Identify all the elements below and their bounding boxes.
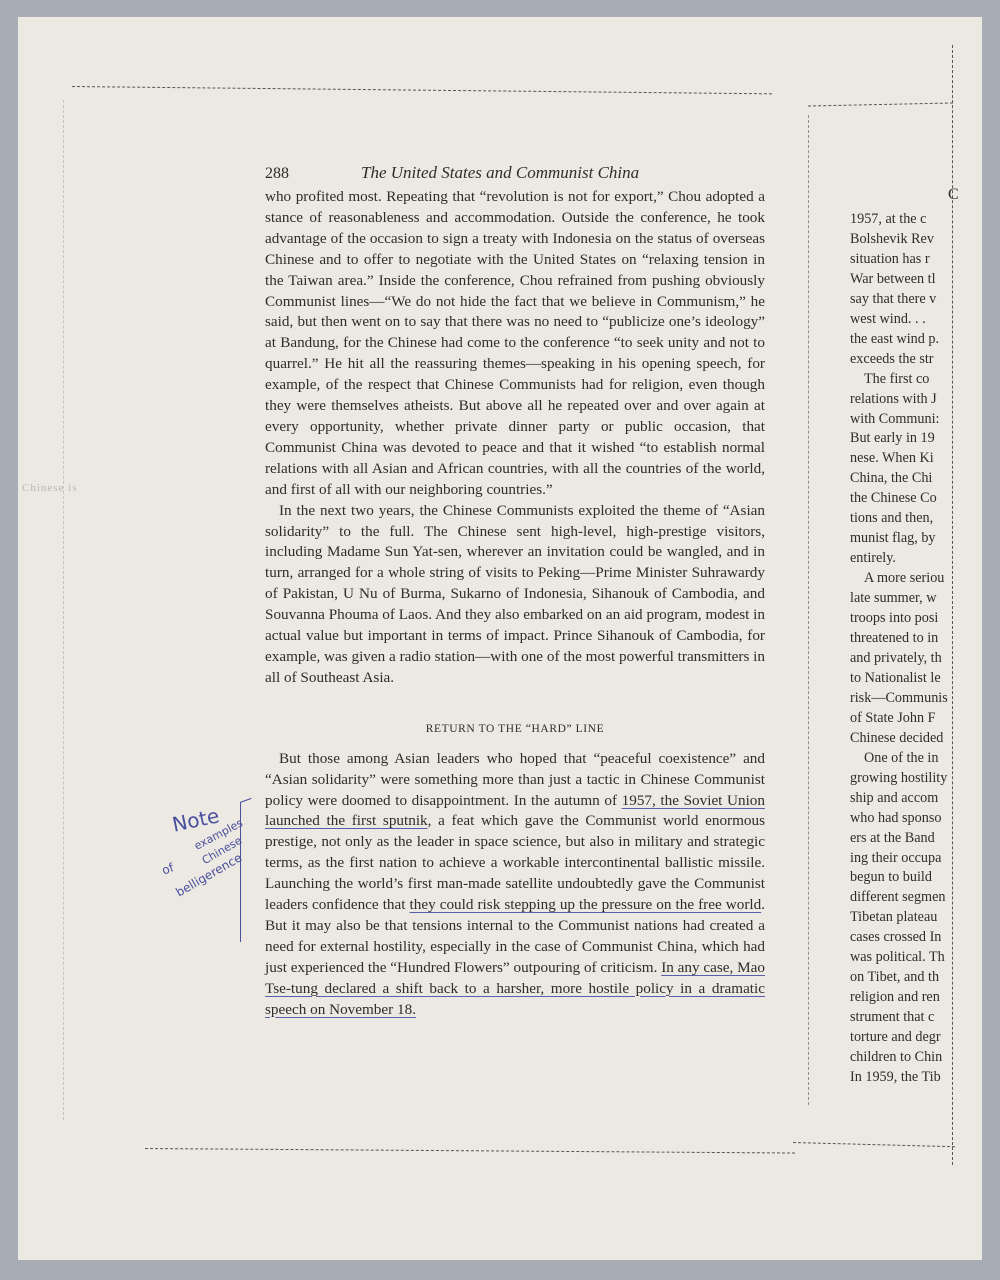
adjacent-line: the Chinese Co <box>850 489 958 509</box>
adjacent-line: with Communi: <box>850 410 958 430</box>
adjacent-line: west wind. . . <box>850 310 958 330</box>
adjacent-line: Tibetan plateau <box>850 908 958 928</box>
adjacent-line: cases crossed In <box>850 928 958 948</box>
adjacent-line: ship and accom <box>850 789 958 809</box>
adjacent-line: and privately, th <box>850 649 958 669</box>
adjacent-line: on Tibet, and th <box>850 968 958 988</box>
adjacent-line: One of the in <box>850 749 958 769</box>
adjacent-line: A more seriou <box>850 569 958 589</box>
adjacent-line: threatened to in <box>850 629 958 649</box>
paragraph-3: But those among Asian leaders who hoped … <box>265 749 765 1021</box>
adjacent-line: munist flag, by <box>850 529 958 549</box>
section-heading: RETURN TO THE “HARD” LINE <box>265 723 765 735</box>
paragraph-1: who profited most. Repeating that “revol… <box>265 187 765 501</box>
handwritten-note: Note examples Chinese of belligerence <box>162 808 252 928</box>
page-number: 288 <box>265 165 361 183</box>
adjacent-line: torture and degr <box>850 1028 958 1048</box>
adjacent-line: children to Chin <box>850 1048 958 1068</box>
adjacent-line: growing hostility <box>850 769 958 789</box>
adjacent-line: situation has r <box>850 250 958 270</box>
adjacent-line: But early in 19 <box>850 429 958 449</box>
adjacent-line: strument that c <box>850 1008 958 1028</box>
adjacent-line: relations with J <box>850 390 958 410</box>
main-text-column: 288 The United States and Communist Chin… <box>265 163 765 1021</box>
adjacent-line: exceeds the str <box>850 350 958 370</box>
adjacent-line: Bolshevik Rev <box>850 230 958 250</box>
running-head: 288 The United States and Communist Chin… <box>265 163 765 183</box>
adjacent-line: troops into posi <box>850 609 958 629</box>
adjacent-line: risk—Communis <box>850 689 958 709</box>
adjacent-line: the east wind p. <box>850 330 958 350</box>
adjacent-line: begun to build <box>850 868 958 888</box>
adjacent-line: China, the Chi <box>850 469 958 489</box>
adjacent-line: was political. Th <box>850 948 958 968</box>
adjacent-line: 1957, at the c <box>850 210 958 230</box>
adjacent-line: War between tl <box>850 270 958 290</box>
adjacent-line: The first co <box>850 370 958 390</box>
adjacent-page-column: 1957, at the cBolshevik Revsituation has… <box>850 186 958 1088</box>
adjacent-line: to Nationalist le <box>850 669 958 689</box>
hw-word-of: of <box>160 860 176 877</box>
adjacent-line: late summer, w <box>850 589 958 609</box>
hw-margin-bracket <box>240 802 245 942</box>
copy-edge-left <box>63 100 64 1120</box>
adjacent-line: different segmen <box>850 888 958 908</box>
underlined-pressure: they could risk stepping up the pressure… <box>410 896 762 913</box>
adjacent-line: entirely. <box>850 549 958 569</box>
margin-ghost-text: Chinese is <box>22 482 78 494</box>
adjacent-line: nese. When Ki <box>850 449 958 469</box>
adjacent-line: ers at the Band <box>850 829 958 849</box>
adjacent-line: say that there v <box>850 290 958 310</box>
adjacent-line: religion and ren <box>850 988 958 1008</box>
running-title: The United States and Communist China <box>361 163 639 183</box>
paragraph-2: In the next two years, the Chinese Commu… <box>265 501 765 689</box>
adjacent-line: Chinese decided <box>850 729 958 749</box>
copy-edge-column-divider <box>808 115 809 1105</box>
adjacent-line: ing their occupa <box>850 849 958 869</box>
adjacent-line: of State John F <box>850 709 958 729</box>
adjacent-line: tions and then, <box>850 509 958 529</box>
adjacent-line: who had sponso <box>850 809 958 829</box>
adjacent-line: In 1959, the Tib <box>850 1068 958 1088</box>
